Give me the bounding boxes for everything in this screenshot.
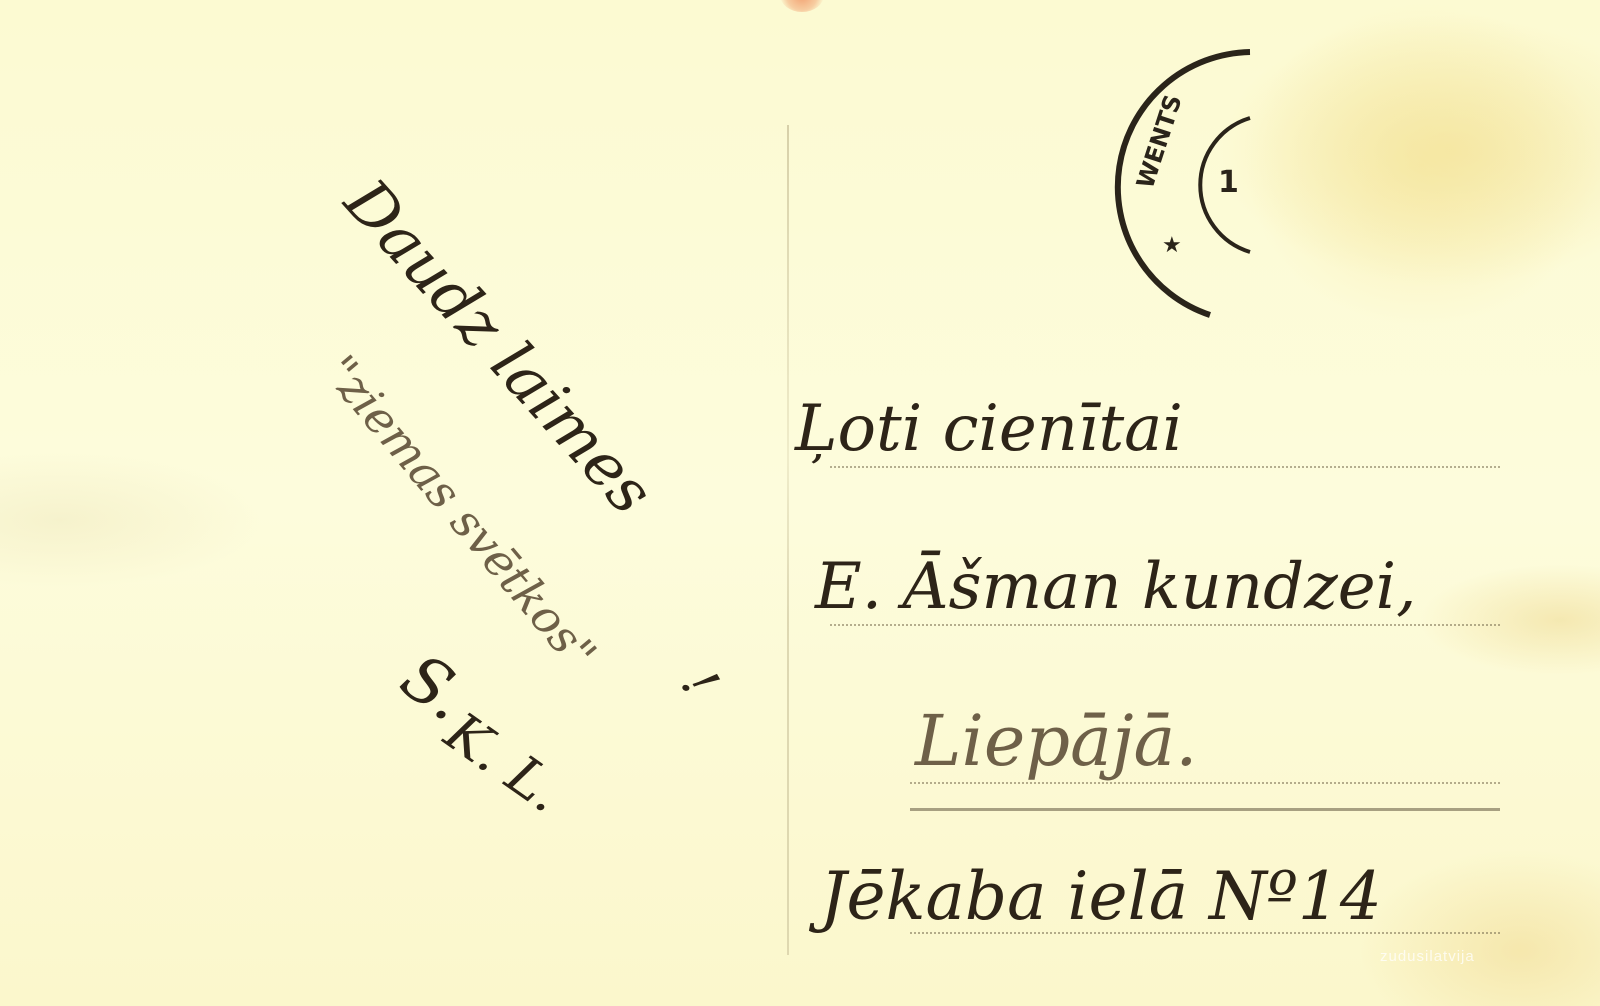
postmark-text: WENTS <box>1131 91 1187 192</box>
address-line-2-rule <box>830 624 1500 626</box>
watermark: zudusilatvija <box>1380 948 1475 965</box>
center-divider <box>787 125 789 955</box>
address-recipient: E. Āšman kundzei, <box>815 550 1416 624</box>
address-salutation: Ļoti cienītai <box>795 392 1183 466</box>
stamp-area <box>1245 0 1600 330</box>
address-city: Liepājā. <box>915 700 1198 782</box>
paper-stain <box>780 0 824 12</box>
postcard-back: WENTS 1 ★ Daudz laimes "ziemas svētkos" … <box>0 0 1600 1006</box>
message-greeting: Daudz laimes <box>331 165 668 528</box>
star-icon: ★ <box>1162 233 1182 258</box>
postmark-stamp: WENTS 1 ★ <box>1100 30 1260 330</box>
address-line-1-rule <box>830 466 1500 468</box>
address-street: Jēkaba ielā Nº14 <box>820 858 1382 935</box>
address-line-3-rule <box>910 782 1500 784</box>
postmark-number: 1 <box>1218 165 1239 200</box>
message-exclamation: ! <box>670 660 730 706</box>
signature-initials: K. L. <box>434 700 575 825</box>
address-line-3-underline <box>910 808 1500 811</box>
